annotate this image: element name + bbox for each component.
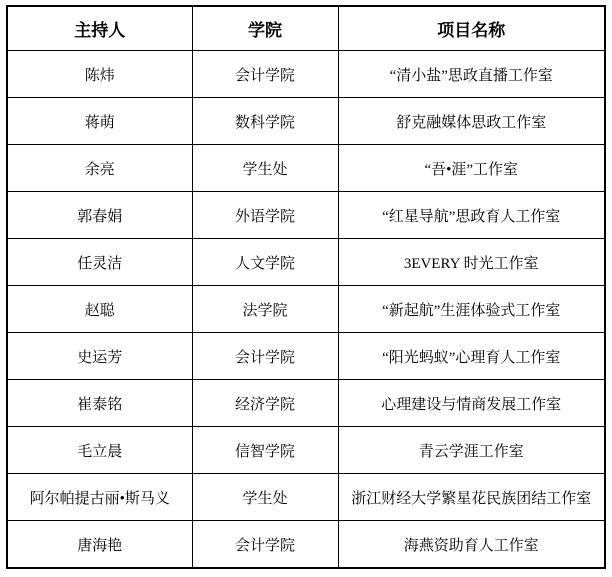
cell-college: 会计学院 (192, 51, 338, 98)
cell-college: 外语学院 (192, 192, 338, 239)
column-header-college: 学院 (192, 6, 338, 51)
cell-host: 赵聪 (7, 286, 192, 333)
cell-college: 经济学院 (192, 380, 338, 427)
cell-project: 3EVERY 时光工作室 (338, 239, 605, 286)
cell-project: 青云学涯工作室 (338, 427, 605, 474)
table-row: 崔泰铭 经济学院 心理建设与情商发展工作室 (7, 380, 605, 427)
cell-project: 海燕资助育人工作室 (338, 521, 605, 569)
cell-college: 会计学院 (192, 333, 338, 380)
cell-project: 心理建设与情商发展工作室 (338, 380, 605, 427)
project-roster-table: 主持人 学院 项目名称 陈炜 会计学院 “清小盐”思政直播工作室 蒋萌 数科学院… (6, 5, 606, 569)
cell-college: 人文学院 (192, 239, 338, 286)
cell-project: “新起航”生涯体验式工作室 (338, 286, 605, 333)
table-row: 郭春娟 外语学院 “红星导航”思政育人工作室 (7, 192, 605, 239)
cell-project: “阳光蚂蚁”心理育人工作室 (338, 333, 605, 380)
table-row: 余亮 学生处 “吾•涯”工作室 (7, 145, 605, 192)
table-row: 赵聪 法学院 “新起航”生涯体验式工作室 (7, 286, 605, 333)
cell-host: 余亮 (7, 145, 192, 192)
cell-host: 史运芳 (7, 333, 192, 380)
cell-project: 浙江财经大学繁星花民族团结工作室 (338, 474, 605, 521)
cell-project: “红星导航”思政育人工作室 (338, 192, 605, 239)
cell-college: 学生处 (192, 145, 338, 192)
cell-host: 陈炜 (7, 51, 192, 98)
cell-host: 阿尔帕提古丽•斯马义 (7, 474, 192, 521)
cell-project: 舒克融媒体思政工作室 (338, 98, 605, 145)
cell-college: 数科学院 (192, 98, 338, 145)
table-row: 毛立晨 信智学院 青云学涯工作室 (7, 427, 605, 474)
cell-college: 信智学院 (192, 427, 338, 474)
column-header-project: 项目名称 (338, 6, 605, 51)
cell-college: 会计学院 (192, 521, 338, 569)
table-row: 蒋萌 数科学院 舒克融媒体思政工作室 (7, 98, 605, 145)
cell-host: 唐海艳 (7, 521, 192, 569)
cell-project: “吾•涯”工作室 (338, 145, 605, 192)
cell-host: 崔泰铭 (7, 380, 192, 427)
cell-host: 蒋萌 (7, 98, 192, 145)
table-header-row: 主持人 学院 项目名称 (7, 6, 605, 51)
cell-host: 郭春娟 (7, 192, 192, 239)
cell-host: 任灵洁 (7, 239, 192, 286)
cell-college: 法学院 (192, 286, 338, 333)
table-row: 阿尔帕提古丽•斯马义 学生处 浙江财经大学繁星花民族团结工作室 (7, 474, 605, 521)
cell-project: “清小盐”思政直播工作室 (338, 51, 605, 98)
cell-host: 毛立晨 (7, 427, 192, 474)
cell-college: 学生处 (192, 474, 338, 521)
table-row: 任灵洁 人文学院 3EVERY 时光工作室 (7, 239, 605, 286)
table-row: 唐海艳 会计学院 海燕资助育人工作室 (7, 521, 605, 569)
table-row: 陈炜 会计学院 “清小盐”思政直播工作室 (7, 51, 605, 98)
table-row: 史运芳 会计学院 “阳光蚂蚁”心理育人工作室 (7, 333, 605, 380)
column-header-host: 主持人 (7, 6, 192, 51)
